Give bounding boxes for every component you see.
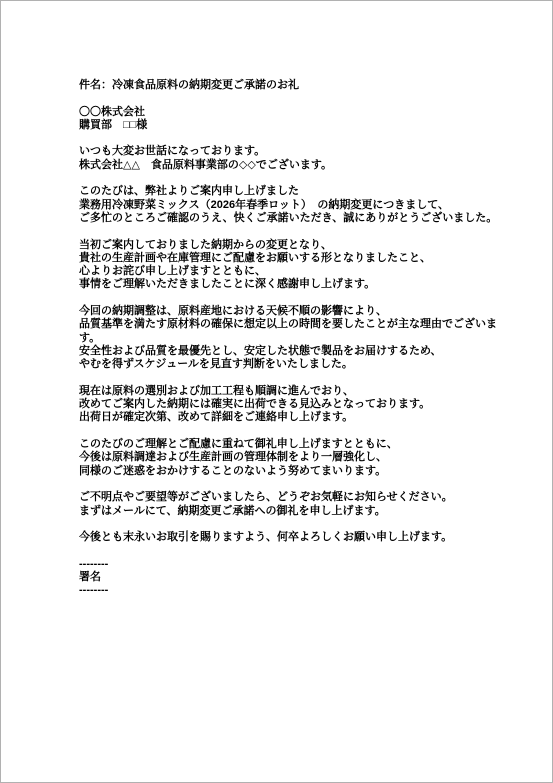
letter-line: 出荷日が確定次第、改めて詳細をご連絡申し上げます。	[79, 411, 509, 424]
letter-paragraph-recipient: 〇〇株式会社購買部 □□様	[79, 106, 509, 133]
letter-line: このたびは、弊社よりご案内申し上げました	[79, 185, 509, 198]
letter-paragraph-commitment: このたびのご理解とご配慮に重ねて御礼申し上げますとともに、今後は原料調達および生…	[79, 438, 509, 478]
letter-line: ご多忙のところご確認のうえ、快くご承諾いただき、誠にありがとうございました。	[79, 212, 509, 225]
letter-line: 今回の納期調整は、原料産地における天候不順の影響により、	[79, 305, 509, 318]
letter-line: 今後は原料調達および生産計画の管理体制をより一層強化し、	[79, 451, 509, 464]
letter-paragraph-signature: --------署名--------	[79, 558, 509, 598]
letter-line: 件名：冷凍食品原料の納期変更ご承諾のお礼	[79, 79, 509, 92]
letter-line: 貴社の生産計画や在庫管理にご配慮をお願いする形となりましたこと、	[79, 252, 509, 265]
letter-paragraph-reason: 今回の納期調整は、原料産地における天候不順の影響により、品質基準を満たす原材料の…	[79, 305, 509, 371]
letter-paragraph-greeting: いつも大変お世話になっております。株式会社△△ 食品原料事業部の◇◇でございます…	[79, 145, 509, 172]
letter-line: いつも大変お世話になっております。	[79, 145, 509, 158]
letter-line: 事情をご理解いただきましたことに深く感謝申し上げます。	[79, 278, 509, 291]
letter-line: このたびのご理解とご配慮に重ねて御礼申し上げますとともに、	[79, 438, 509, 451]
letter-line: 株式会社△△ 食品原料事業部の◇◇でございます。	[79, 159, 509, 172]
letter-paragraph-contact-note: ご不明点やご要望等がございましたら、どうぞお気軽にお知らせください。まずはメール…	[79, 491, 509, 518]
letter-paragraph-thanks-for-consent: このたびは、弊社よりご案内申し上げました業務用冷凍野菜ミックス（2026年春季ロ…	[79, 185, 509, 225]
letter-line: 今後とも末永いお取引を賜りますよう、何卒よろしくお願い申し上げます。	[79, 531, 509, 544]
letter-line: 改めてご案内した納期には確実に出荷できる見込みとなっております。	[79, 398, 509, 411]
letter-paragraph-current-status: 現在は原料の選別および加工工程も順調に進んでおり、改めてご案内した納期には確実に…	[79, 385, 509, 425]
letter-line: --------	[79, 558, 509, 571]
letter-paragraph-closing: 今後とも末永いお取引を賜りますよう、何卒よろしくお願い申し上げます。	[79, 531, 509, 544]
letter-line: --------	[79, 584, 509, 597]
letter-line: 現在は原料の選別および加工工程も順調に進んでおり、	[79, 385, 509, 398]
letter-line: 同様のご迷惑をおかけすることのないよう努めてまいります。	[79, 465, 509, 478]
letter-body: 件名：冷凍食品原料の納期変更ご承諾のお礼〇〇株式会社購買部 □□様いつも大変お世…	[79, 79, 509, 611]
letter-line: 品質基準を満たす原材料の確保に想定以上の時間を要したことが主な理由でございま	[79, 318, 509, 331]
letter-line: 業務用冷凍野菜ミックス（2026年春季ロット） の納期変更につきまして、	[79, 199, 509, 212]
letter-line: す。	[79, 332, 509, 345]
letter-line: 署名	[79, 571, 509, 584]
document-page: 件名：冷凍食品原料の納期変更ご承諾のお礼〇〇株式会社購買部 □□様いつも大変お世…	[0, 0, 553, 783]
letter-line: 〇〇株式会社	[79, 106, 509, 119]
letter-line: まずはメールにて、納期変更ご承諾への御礼を申し上げます。	[79, 505, 509, 518]
letter-line: 心よりお詫び申し上げますとともに、	[79, 265, 509, 278]
letter-line: やむを得ずスケジュールを見直す判断をいたしました。	[79, 358, 509, 371]
letter-line: ご不明点やご要望等がございましたら、どうぞお気軽にお知らせください。	[79, 491, 509, 504]
letter-paragraph-subject-line: 件名：冷凍食品原料の納期変更ご承諾のお礼	[79, 79, 509, 92]
letter-line: 安全性および品質を最優先とし、安定した状態で製品をお届けするため、	[79, 345, 509, 358]
letter-line: 当初ご案内しておりました納期からの変更となり、	[79, 239, 509, 252]
letter-line: 購買部 □□様	[79, 119, 509, 132]
letter-paragraph-apology: 当初ご案内しておりました納期からの変更となり、貴社の生産計画や在庫管理にご配慮を…	[79, 239, 509, 292]
